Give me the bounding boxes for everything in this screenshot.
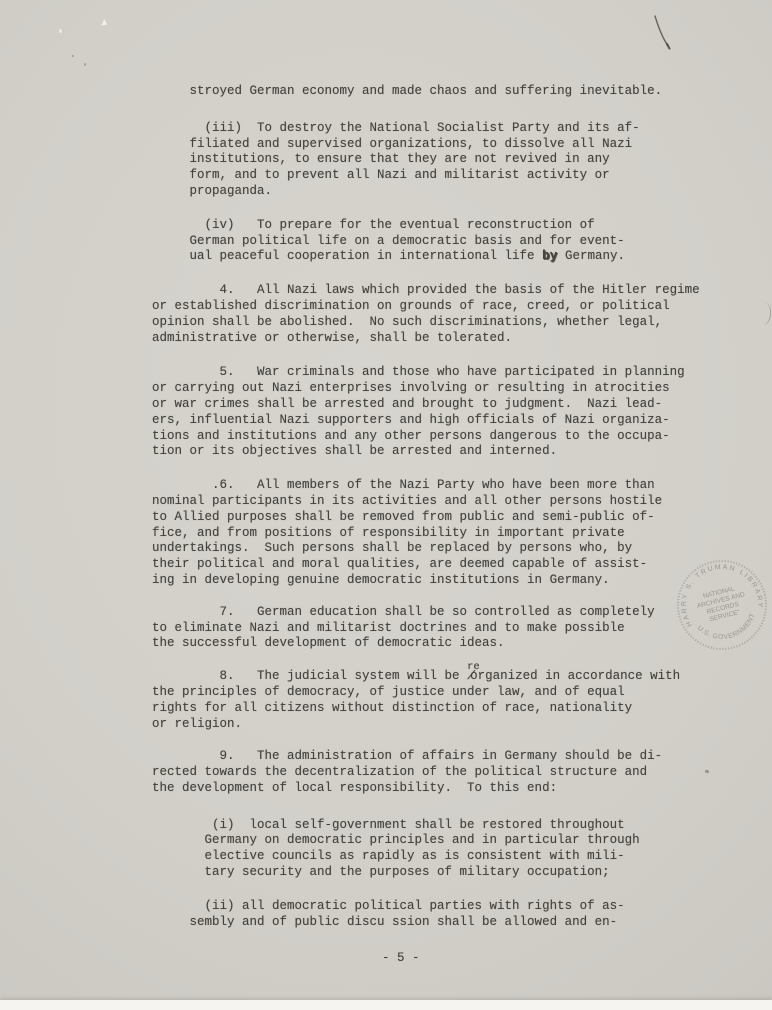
text-line: ual peaceful cooperation in internationa… (152, 249, 700, 265)
paragraph-7: 7. German education shall be so controll… (152, 605, 700, 652)
scan-bottom-edge (0, 1000, 772, 1010)
text-line: or war crimes shall be arrested and brou… (152, 397, 700, 413)
text-run: Germany. (557, 249, 625, 263)
text-line: 9. The administration of affairs in Germ… (152, 749, 700, 765)
text-line: stroyed German economy and made chaos an… (152, 84, 700, 100)
text-line: filiated and supervised organizations, t… (152, 137, 700, 153)
archives-stamp: HARRY S. TRUMAN LIBRARY U.S. GOVERNMENT … (674, 557, 770, 653)
text-line: 5. War criminals and those who have part… (152, 365, 700, 381)
text-run: organized in accordance with (470, 669, 680, 683)
text-line: (iii) To destroy the National Socialist … (152, 121, 700, 137)
paper-speck (59, 29, 62, 33)
text-line: institutions, to ensure that they are no… (152, 152, 700, 168)
text-line: 8. The judicial system will be re/organi… (152, 669, 700, 685)
paragraph-item-ii: (ii) all democratic political parties wi… (152, 899, 700, 931)
text-line: their political and moral qualities, are… (152, 557, 700, 573)
paragraph-5: 5. War criminals and those who have part… (152, 365, 700, 460)
text-line: undertakings. Such persons shall be repl… (152, 541, 700, 557)
text-line: ers, influential Nazi supporters and hig… (152, 413, 700, 429)
text-line: (i) local self-government shall be resto… (152, 818, 700, 834)
text-line: 7. German education shall be so controll… (152, 605, 700, 621)
text-line: German political life on a democratic ba… (152, 234, 700, 250)
text-line: elective councils as rapidly as is consi… (152, 849, 700, 865)
paper-speck (72, 55, 74, 57)
text-line: to eliminate Nazi and militarist doctrin… (152, 621, 700, 637)
text-line: to Allied purposes shall be removed from… (152, 510, 700, 526)
scanned-document-page: stroyed German economy and made chaos an… (0, 0, 772, 1010)
text-line: rights for all citizens without distinct… (152, 701, 700, 717)
text-line: Germany on democratic principles and in … (152, 833, 700, 849)
overtype-smudge: by (543, 250, 558, 266)
paragraph-9: 9. The administration of affairs in Germ… (152, 749, 700, 796)
text-line: tary security and the purposes of milita… (152, 865, 700, 881)
overtyped-word: byby (542, 249, 557, 263)
text-line: 4. All Nazi laws which provided the basi… (152, 283, 700, 299)
text-line: (ii) all democratic political parties wi… (152, 899, 700, 915)
text-run: 8. The judicial system will be (152, 669, 467, 683)
text-line: .6. All members of the Nazi Party who ha… (152, 478, 700, 494)
text-line: opinion shall be abolished. No such disc… (152, 315, 700, 331)
page-number: - 5 - (382, 951, 700, 967)
document-text: stroyed German economy and made chaos an… (0, 0, 700, 967)
text-line: ing in developing genuine democratic ins… (152, 573, 700, 589)
paragraph-continuation: stroyed German economy and made chaos an… (152, 84, 700, 100)
text-line: or carrying out Nazi enterprises involvi… (152, 381, 700, 397)
paper-speck (705, 769, 710, 773)
text-run: ual peaceful cooperation in internationa… (152, 249, 542, 263)
paragraph-4: 4. All Nazi laws which provided the basi… (152, 283, 700, 346)
text-line: sembly and of public discu ssion shall b… (152, 915, 700, 931)
scratch-mark (759, 302, 772, 325)
paragraph-iv: (iv) To prepare for the eventual reconst… (152, 218, 700, 265)
paper-speck (84, 63, 86, 66)
text-line: tion or its objectives shall be arrested… (152, 444, 700, 460)
text-line: fice, and from positions of responsibili… (152, 526, 700, 542)
text-line: the development of local responsibility.… (152, 781, 700, 797)
text-line: administrative or otherwise, shall be to… (152, 331, 700, 347)
text-line: tions and institutions and any other per… (152, 429, 700, 445)
paragraph-item-i: (i) local self-government shall be resto… (152, 818, 700, 881)
text-line: (iv) To prepare for the eventual reconst… (152, 218, 700, 234)
pen-stroke-mark (649, 13, 675, 55)
text-line: or established discrimination on grounds… (152, 299, 700, 315)
text-line: or religion. (152, 717, 700, 733)
text-line: form, and to prevent all Nazi and milita… (152, 168, 700, 184)
handwritten-insertion: re/ (467, 669, 470, 683)
text-line: the principles of democracy, of justice … (152, 685, 700, 701)
paragraph-iii: (iii) To destroy the National Socialist … (152, 121, 700, 200)
text-line: propaganda. (152, 184, 700, 200)
text-line: rected towards the decentralization of t… (152, 765, 700, 781)
paragraph-8: 8. The judicial system will be re/organi… (152, 669, 700, 732)
text-line: the successful development of democratic… (152, 636, 700, 652)
text-line: nominal participants in its activities a… (152, 494, 700, 510)
paragraph-6: .6. All members of the Nazi Party who ha… (152, 478, 700, 589)
